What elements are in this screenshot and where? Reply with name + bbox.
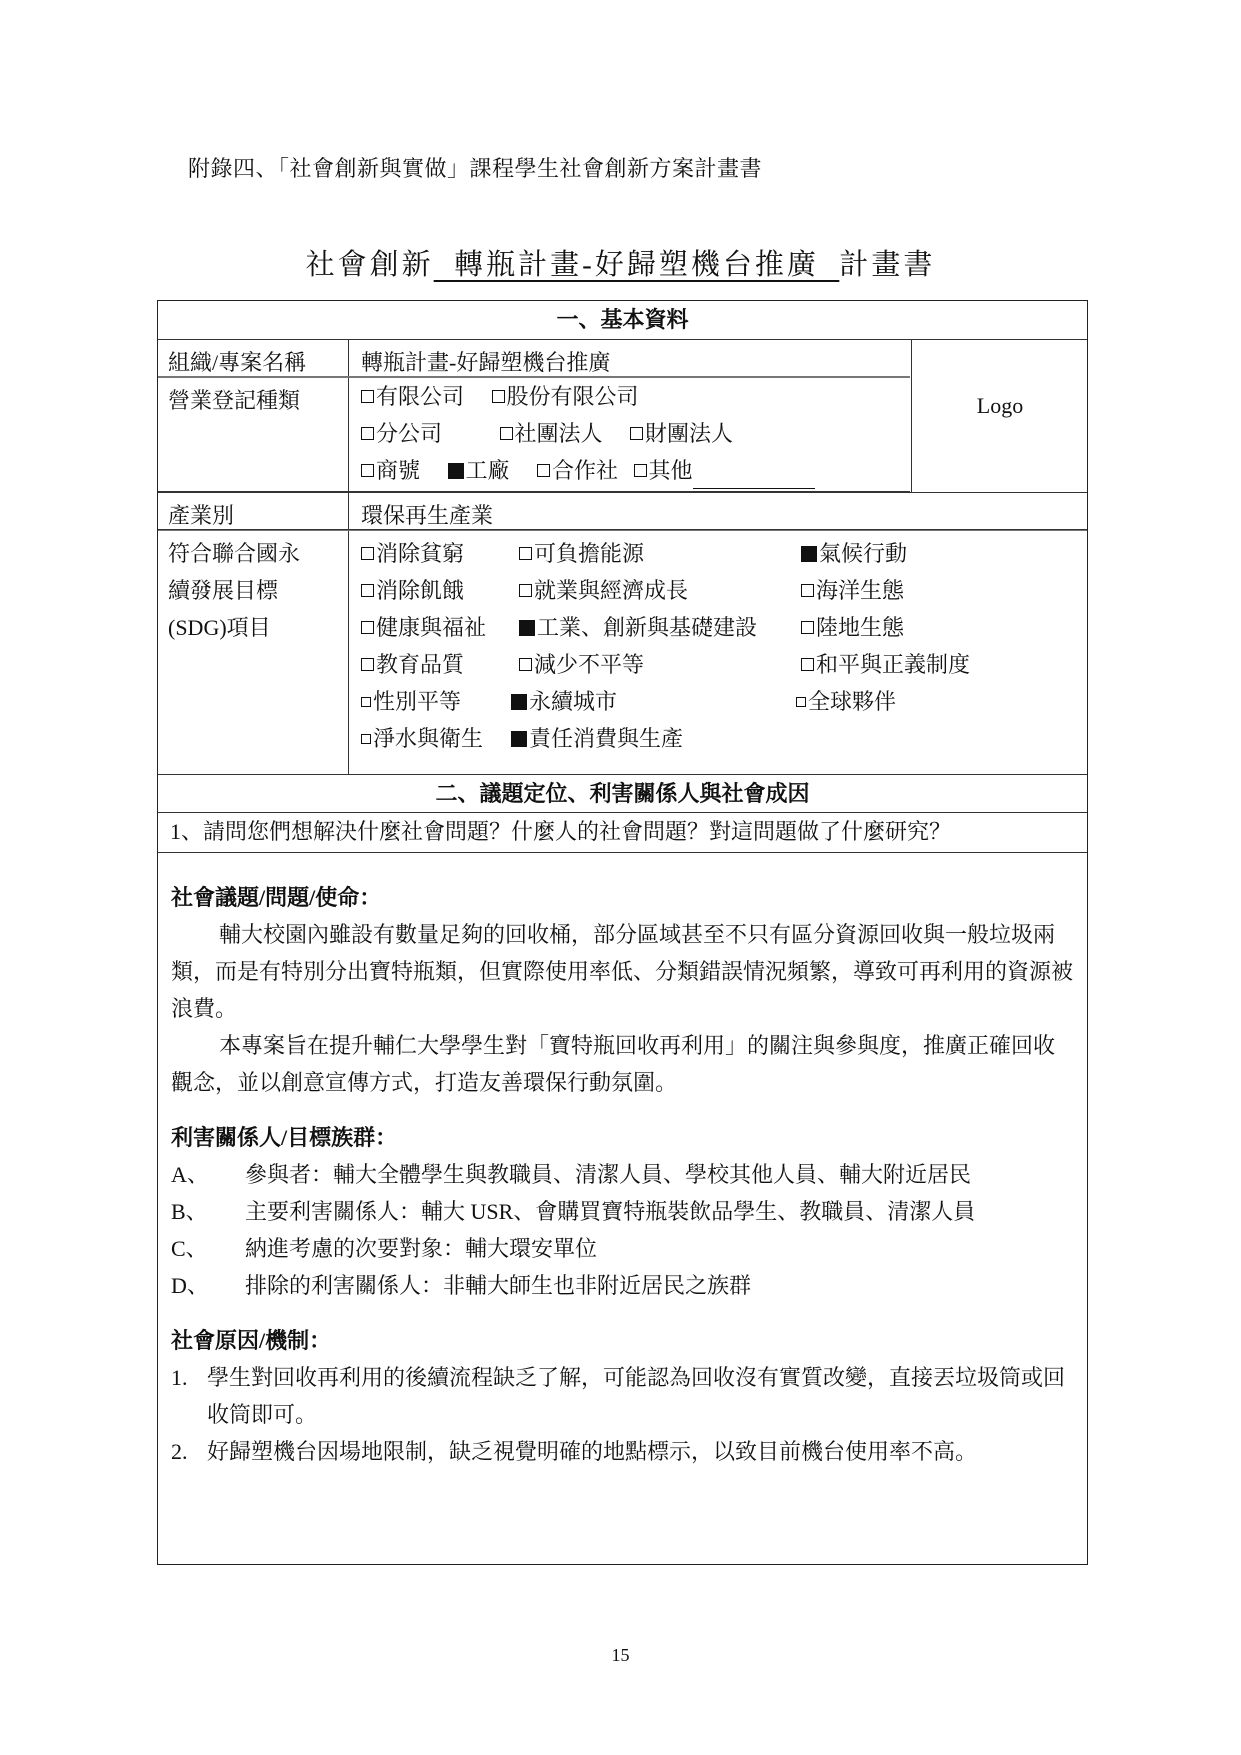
checkbox-unchecked-icon[interactable] bbox=[361, 697, 371, 707]
checkbox-unchecked-icon[interactable] bbox=[361, 584, 374, 597]
checkbox-unchecked-icon[interactable] bbox=[361, 734, 371, 744]
sdg-option-no-poverty[interactable]: 消除貧窮 bbox=[361, 535, 464, 572]
checkbox-checked-icon[interactable] bbox=[511, 731, 527, 747]
section2-header-row: 二、議題定位、利害關係人與社會成因 bbox=[158, 775, 1087, 813]
org-name-value: 轉瓶計畫-好歸塑機台推廣 bbox=[349, 340, 910, 376]
checkbox-unchecked-icon[interactable] bbox=[801, 658, 814, 671]
reg-option-branch[interactable]: 分公司 bbox=[361, 415, 442, 452]
stakeholders-heading: 利害關係人/目標族群： bbox=[171, 1119, 1074, 1156]
cause-item: 1.學生對回收再利用的後續流程缺乏了解，可能認為回收沒有實質改變，直接丟垃圾筒或… bbox=[171, 1359, 1074, 1433]
sdg-option-decent-work[interactable]: 就業與經濟成長 bbox=[519, 572, 688, 609]
checkbox-unchecked-icon[interactable] bbox=[801, 621, 814, 634]
sdg-option-industry-innovation[interactable]: 工業、創新與基礎建設 bbox=[519, 609, 757, 646]
plan-form-table: 一、基本資料 組織/專案名稱 轉瓶計畫-好歸塑機台推廣 營業登記種類 有限公司 … bbox=[157, 300, 1088, 1565]
reg-option-association[interactable]: 社團法人 bbox=[500, 415, 603, 452]
appendix-heading: 附錄四、「社會創新與實做」課程學生社會創新方案計畫書 bbox=[188, 152, 762, 183]
sdg-label: 符合聯合國永 續發展目標 (SDG)項目 bbox=[158, 531, 349, 774]
title-suffix: 計畫書 bbox=[839, 249, 935, 281]
checkbox-unchecked-icon[interactable] bbox=[519, 584, 532, 597]
question-text: 1、請問您們想解決什麼社會問題？什麼人的社會問題？對這問題做了什麼研究？ bbox=[158, 813, 1087, 852]
other-fill-in-blank[interactable] bbox=[693, 468, 815, 489]
sdg-option-quality-education[interactable]: 教育品質 bbox=[361, 646, 464, 683]
section2-header: 二、議題定位、利害關係人與社會成因 bbox=[158, 775, 1087, 812]
org-name-label: 組織/專案名稱 bbox=[158, 340, 349, 376]
checkbox-unchecked-icon[interactable] bbox=[630, 427, 643, 440]
sdg-option-peace-justice[interactable]: 和平與正義制度 bbox=[801, 646, 970, 683]
checkbox-checked-icon[interactable] bbox=[448, 463, 464, 479]
title-prefix: 社會創新 bbox=[306, 249, 434, 281]
sdg-option-reduced-inequalities[interactable]: 減少不平等 bbox=[519, 646, 644, 683]
checkbox-unchecked-icon[interactable] bbox=[361, 390, 374, 403]
section1-header: 一、基本資料 bbox=[158, 301, 1087, 339]
page-number: 15 bbox=[0, 1645, 1241, 1666]
registration-label: 營業登記種類 bbox=[158, 378, 349, 491]
checkbox-unchecked-icon[interactable] bbox=[634, 464, 647, 477]
sdg-option-partnerships[interactable]: 全球夥伴 bbox=[796, 683, 896, 720]
issue-heading: 社會議題/問題/使命： bbox=[171, 879, 1074, 916]
sdg-option-life-on-land[interactable]: 陸地生態 bbox=[801, 609, 904, 646]
sdg-option-zero-hunger[interactable]: 消除飢餓 bbox=[361, 572, 464, 609]
stakeholder-item: C、納進考慮的次要對象：輔大環安單位 bbox=[171, 1230, 1074, 1267]
checkbox-unchecked-icon[interactable] bbox=[361, 658, 374, 671]
sdg-option-life-below-water[interactable]: 海洋生態 bbox=[801, 572, 904, 609]
issue-paragraph: 輔大校園內雖設有數量足夠的回收桶，部分區域甚至不只有區分資源回收與一般垃圾兩類，… bbox=[171, 916, 1074, 1027]
industry-value: 環保再生產業 bbox=[349, 493, 1087, 529]
section1-header-row: 一、基本資料 bbox=[158, 301, 1087, 340]
sdg-options: 消除貧窮 可負擔能源 氣候行動 消除飢餓 就業與經濟成長 海洋生態 健康與福祉 … bbox=[349, 531, 1087, 774]
checkbox-unchecked-icon[interactable] bbox=[537, 464, 550, 477]
sdg-option-good-health[interactable]: 健康與福祉 bbox=[361, 609, 486, 646]
reg-option-firm[interactable]: 商號 bbox=[361, 452, 420, 489]
sdg-option-sustainable-cities[interactable]: 永續城市 bbox=[511, 683, 617, 720]
stakeholder-item: A、參與者：輔大全體學生與教職員、清潔人員、學校其他人員、輔大附近居民 bbox=[171, 1156, 1074, 1193]
question-row: 1、請問您們想解決什麼社會問題？什麼人的社會問題？對這問題做了什麼研究？ bbox=[158, 813, 1087, 853]
registration-row: 營業登記種類 有限公司 股份有限公司 分公司 社團法人 財團法人 商號 工廠 合… bbox=[158, 378, 910, 492]
reg-option-corporation[interactable]: 股份有限公司 bbox=[492, 378, 639, 415]
reg-option-foundation[interactable]: 財團法人 bbox=[630, 415, 733, 452]
sdg-option-affordable-energy[interactable]: 可負擔能源 bbox=[519, 535, 644, 572]
checkbox-checked-icon[interactable] bbox=[801, 546, 817, 562]
issue-paragraph: 本專案旨在提升輔仁大學學生對「寶特瓶回收再利用」的關注與參與度，推廣正確回收觀念… bbox=[171, 1027, 1074, 1101]
checkbox-checked-icon[interactable] bbox=[519, 620, 535, 636]
sdg-option-climate-action[interactable]: 氣候行動 bbox=[801, 535, 907, 572]
sdg-option-clean-water[interactable]: 淨水與衛生 bbox=[361, 720, 483, 757]
sdg-option-gender-equality[interactable]: 性別平等 bbox=[361, 683, 461, 720]
checkbox-unchecked-icon[interactable] bbox=[361, 427, 374, 440]
checkbox-unchecked-icon[interactable] bbox=[796, 697, 806, 707]
sdg-row: 符合聯合國永 續發展目標 (SDG)項目 消除貧窮 可負擔能源 氣候行動 消除飢… bbox=[158, 530, 1087, 775]
checkbox-unchecked-icon[interactable] bbox=[361, 621, 374, 634]
industry-row: 產業別 環保再生產業 bbox=[158, 492, 1087, 530]
section2-content: 社會議題/問題/使命： 輔大校園內雖設有數量足夠的回收桶，部分區域甚至不只有區分… bbox=[158, 853, 1087, 1564]
stakeholder-item: D、排除的利害關係人：非輔大師生也非附近居民之族群 bbox=[171, 1267, 1074, 1304]
reg-option-cooperative[interactable]: 合作社 bbox=[537, 452, 618, 489]
stakeholder-item: B、主要利害關係人：輔大 USR、會購買寶特瓶裝飲品學生、教職員、清潔人員 bbox=[171, 1193, 1074, 1230]
cause-item: 2.好歸塑機台因場地限制，缺乏視覺明確的地點標示，以致目前機台使用率不高。 bbox=[171, 1433, 1074, 1470]
checkbox-unchecked-icon[interactable] bbox=[801, 584, 814, 597]
registration-options: 有限公司 股份有限公司 分公司 社團法人 財團法人 商號 工廠 合作社 其他 bbox=[349, 378, 910, 491]
sdg-option-responsible-consumption[interactable]: 責任消費與生產 bbox=[511, 720, 683, 757]
checkbox-unchecked-icon[interactable] bbox=[361, 547, 374, 560]
reg-option-limited-company[interactable]: 有限公司 bbox=[361, 378, 464, 415]
checkbox-unchecked-icon[interactable] bbox=[500, 427, 513, 440]
org-name-row: 組織/專案名稱 轉瓶計畫-好歸塑機台推廣 bbox=[158, 340, 910, 378]
title-project-name: 轉瓶計畫-好歸塑機台推廣 bbox=[434, 249, 840, 281]
checkbox-unchecked-icon[interactable] bbox=[519, 547, 532, 560]
checkbox-unchecked-icon[interactable] bbox=[519, 658, 532, 671]
checkbox-unchecked-icon[interactable] bbox=[492, 390, 505, 403]
document-title: 社會創新 轉瓶計畫-好歸塑機台推廣 計畫書 bbox=[0, 242, 1241, 283]
reg-option-factory[interactable]: 工廠 bbox=[448, 452, 510, 489]
checkbox-checked-icon[interactable] bbox=[511, 694, 527, 710]
industry-label: 產業別 bbox=[158, 493, 349, 529]
causes-heading: 社會原因/機制： bbox=[171, 1322, 1074, 1359]
reg-option-other[interactable]: 其他 bbox=[634, 452, 815, 489]
checkbox-unchecked-icon[interactable] bbox=[361, 464, 374, 477]
logo-placeholder: Logo bbox=[911, 340, 1088, 492]
